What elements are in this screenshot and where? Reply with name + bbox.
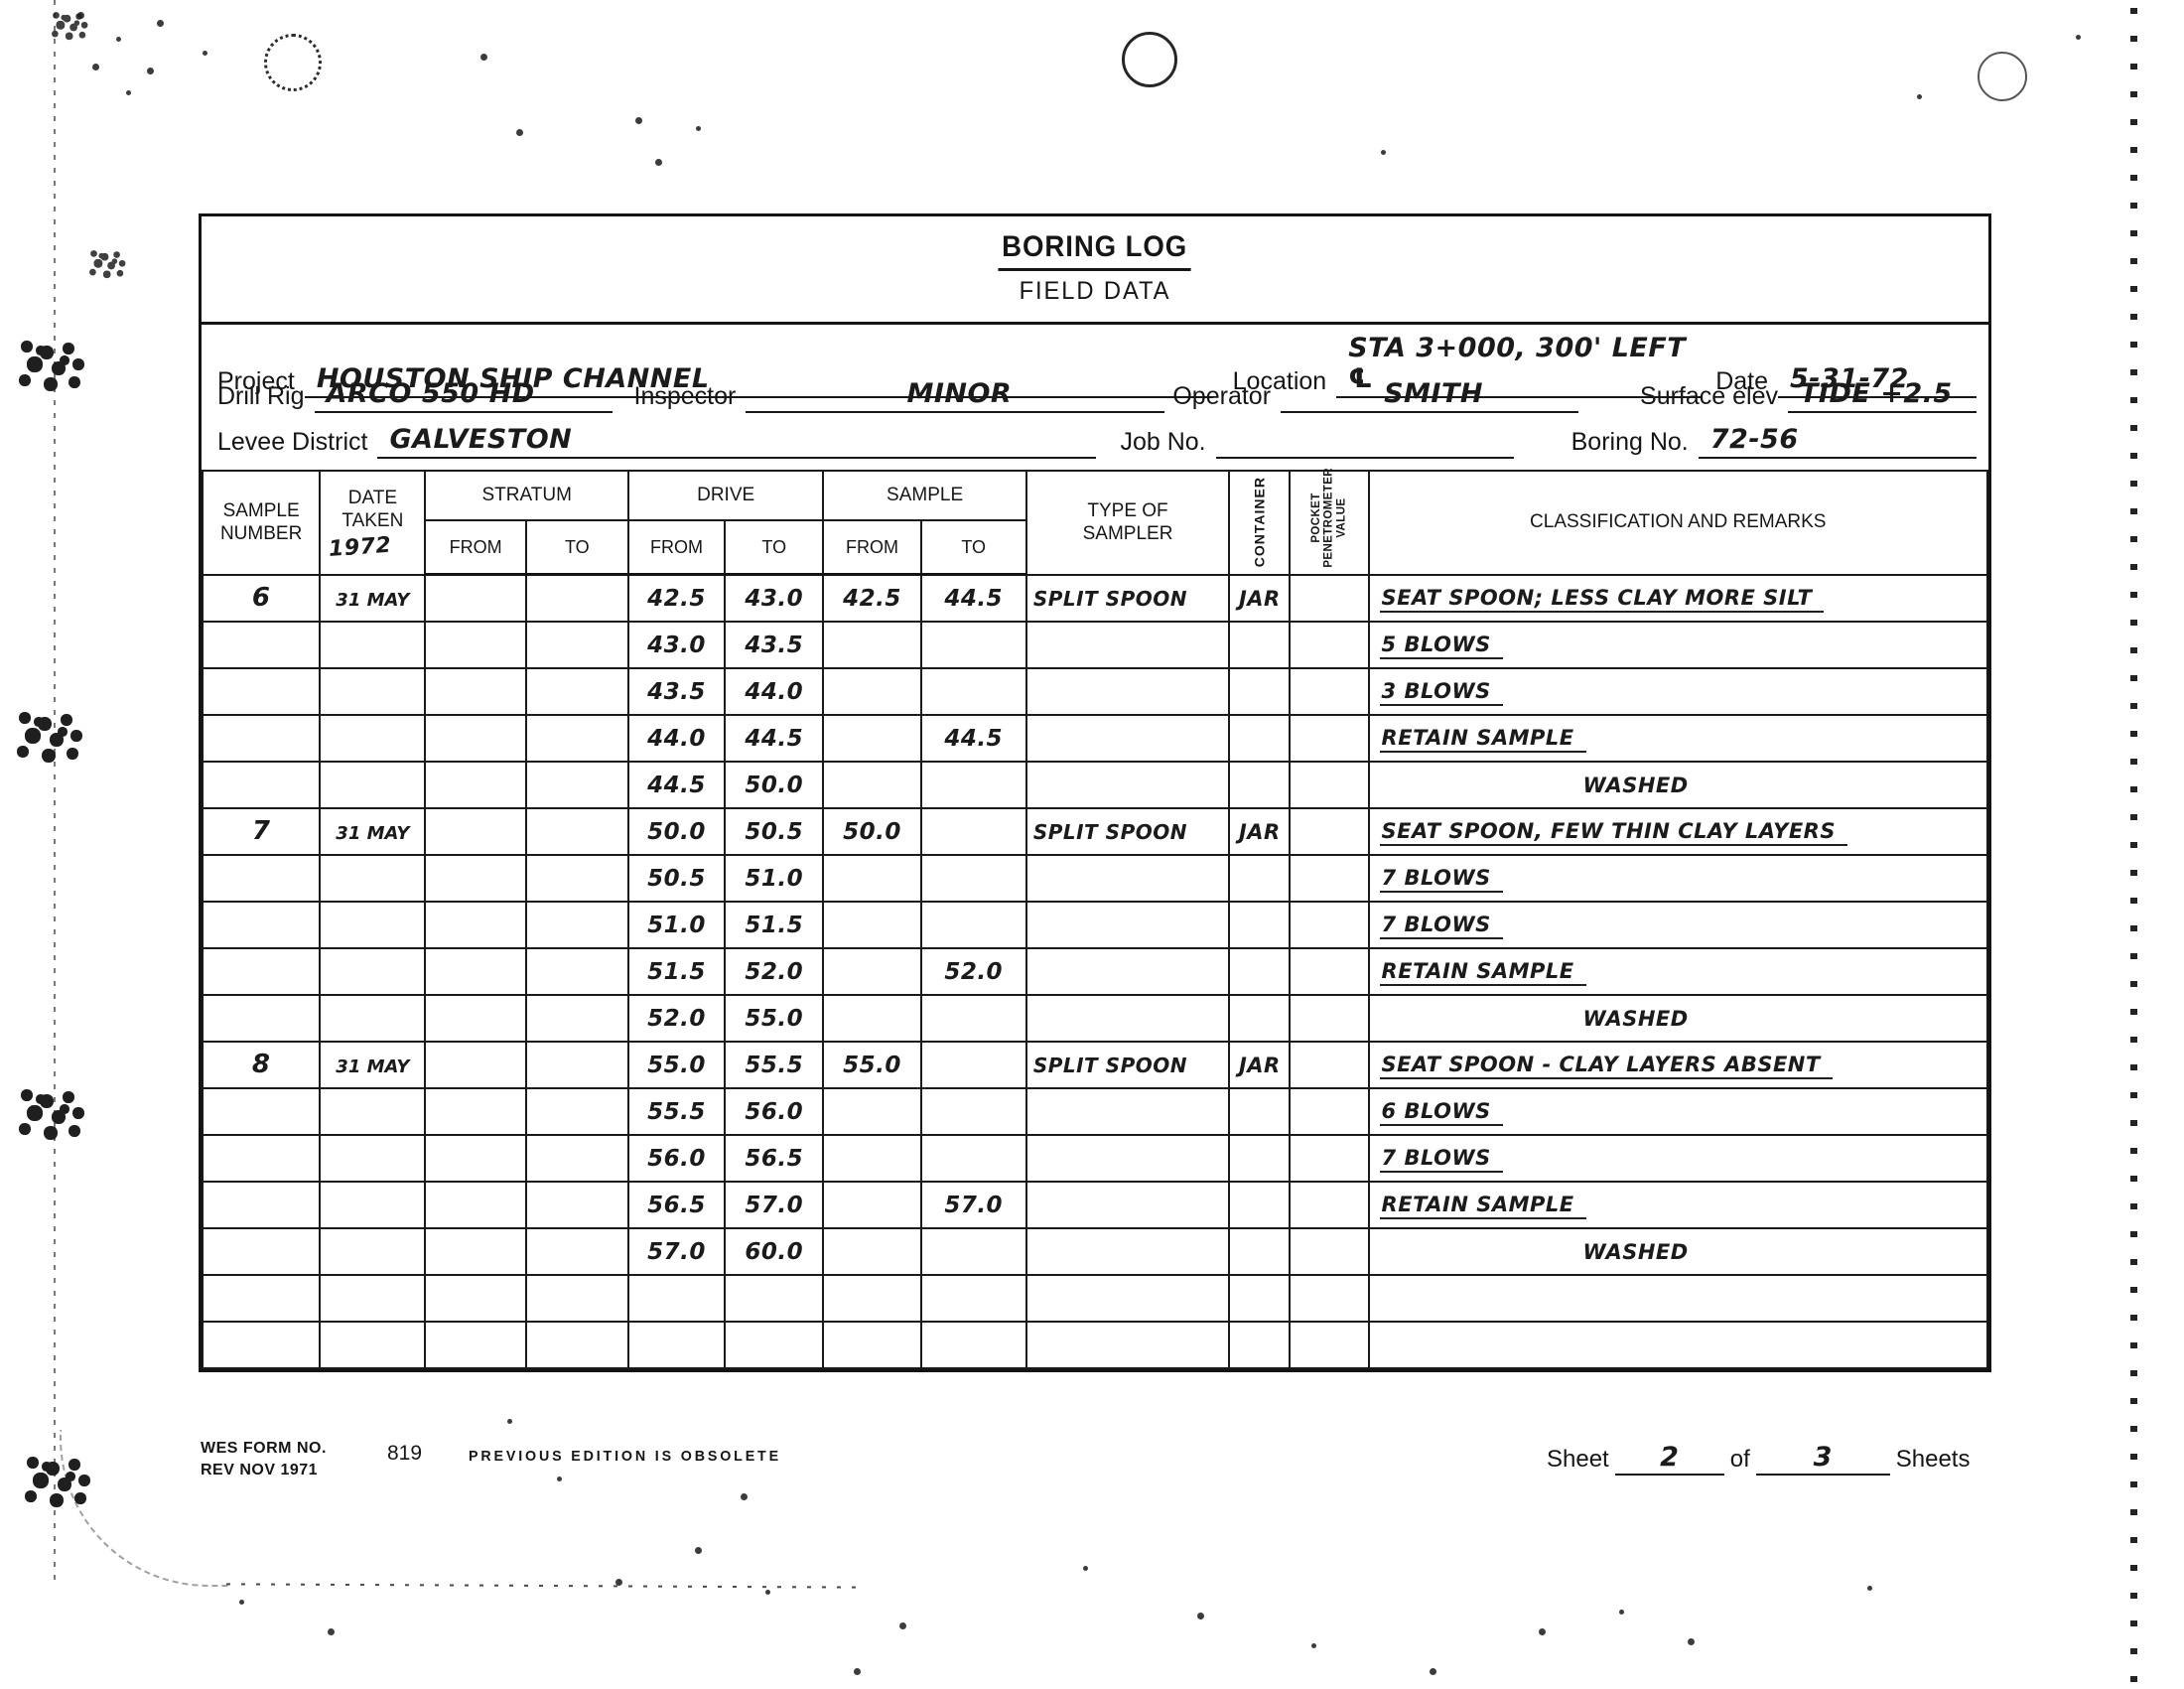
sheet-current: 2 xyxy=(1615,1442,1724,1476)
cell-drive-from: 43.5 xyxy=(628,668,725,715)
col-pocket-penetrometer: POCKET PENETROMETER VALUE xyxy=(1290,471,1368,575)
cell-sample-to xyxy=(921,808,1026,855)
boring-table: SAMPLE NUMBER DATE TAKEN 1972 STRATUM DR… xyxy=(202,470,1988,1369)
cell-sample-from xyxy=(823,948,920,995)
table-row: 43.043.55 BLOWS xyxy=(203,622,1987,668)
cell-drive-to: 43.5 xyxy=(725,622,823,668)
cell-drive-from: 55.0 xyxy=(628,1042,725,1088)
cell-stratum-to xyxy=(526,1275,628,1322)
col-stratum-from: FROM xyxy=(425,520,525,575)
form-no-line1: WES FORM NO. xyxy=(201,1438,327,1460)
cell-date xyxy=(320,1275,425,1322)
cell-stratum-to xyxy=(526,715,628,762)
surface-elev-field: Surface elev TIDE +2.5 xyxy=(1640,378,1977,413)
form-no-line2: REV NOV 1971 xyxy=(201,1460,327,1481)
cell-sampler xyxy=(1026,622,1229,668)
cell-container xyxy=(1229,995,1290,1042)
cell-sample-no: 8 xyxy=(203,1042,320,1088)
sheet-counter: Sheet 2 of 3 Sheets xyxy=(1541,1442,1976,1476)
boring-table-body: 631 MAY42.543.042.544.5SPLIT SPOONJARSEA… xyxy=(203,575,1987,1368)
cell-drive-from xyxy=(628,1322,725,1368)
table-row: 50.551.07 BLOWS xyxy=(203,855,1987,902)
table-row: 831 MAY55.055.555.0SPLIT SPOONJARSEAT SP… xyxy=(203,1042,1987,1088)
cell-stratum-from xyxy=(425,948,525,995)
cell-sample-to xyxy=(921,902,1026,948)
cell-drive-from: 51.5 xyxy=(628,948,725,995)
cell-container xyxy=(1229,715,1290,762)
table-row: 731 MAY50.050.550.0SPLIT SPOONJARSEAT SP… xyxy=(203,808,1987,855)
cell-sample-to xyxy=(921,1228,1026,1275)
cell-remarks: SEAT SPOON; LESS CLAY MORE SILT xyxy=(1369,575,1987,622)
cell-remarks: SEAT SPOON, FEW THIN CLAY LAYERS xyxy=(1369,808,1987,855)
cell-container: JAR xyxy=(1229,808,1290,855)
pocket-penetrometer-label: POCKET PENETROMETER VALUE xyxy=(1310,468,1348,568)
cell-drive-to xyxy=(725,1275,823,1322)
cell-stratum-from xyxy=(425,575,525,622)
cell-drive-from: 42.5 xyxy=(628,575,725,622)
boring-no-value: 72-56 xyxy=(1699,424,1977,459)
cell-sample-from xyxy=(823,762,920,808)
cell-sampler xyxy=(1026,1088,1229,1135)
cell-sampler xyxy=(1026,668,1229,715)
cell-sampler xyxy=(1026,948,1229,995)
table-row: 51.552.052.0RETAIN SAMPLE xyxy=(203,948,1987,995)
sheet-total: 3 xyxy=(1756,1442,1890,1476)
cell-remarks: 5 BLOWS xyxy=(1369,622,1987,668)
cell-remarks: RETAIN SAMPLE xyxy=(1369,715,1987,762)
cell-sample-no xyxy=(203,1135,320,1182)
cell-date: 31 MAY xyxy=(320,808,425,855)
cell-date xyxy=(320,1228,425,1275)
cell-sample-no: 6 xyxy=(203,575,320,622)
cell-sample-from xyxy=(823,1228,920,1275)
table-row: 631 MAY42.543.042.544.5SPLIT SPOONJARSEA… xyxy=(203,575,1987,622)
table-row: 43.544.03 BLOWS xyxy=(203,668,1987,715)
cell-drive-to: 44.0 xyxy=(725,668,823,715)
cell-stratum-to xyxy=(526,995,628,1042)
boring-table-header: SAMPLE NUMBER DATE TAKEN 1972 STRATUM DR… xyxy=(203,471,1987,575)
cell-sample-no xyxy=(203,1088,320,1135)
cell-sampler xyxy=(1026,715,1229,762)
pencil-smudge xyxy=(86,247,89,250)
cell-date xyxy=(320,995,425,1042)
cell-container xyxy=(1229,622,1290,668)
levee-district-field: Levee District GALVESTON xyxy=(217,424,1096,459)
cell-remarks: WASHED xyxy=(1369,995,1987,1042)
cell-remarks: 6 BLOWS xyxy=(1369,1088,1987,1135)
cell-pocket xyxy=(1290,575,1368,622)
cell-sampler xyxy=(1026,855,1229,902)
table-row: 56.557.057.0RETAIN SAMPLE xyxy=(203,1182,1987,1228)
cell-date: 31 MAY xyxy=(320,1042,425,1088)
cell-pocket xyxy=(1290,902,1368,948)
cell-sample-to xyxy=(921,622,1026,668)
col-group-sample: SAMPLE xyxy=(823,471,1025,520)
levee-district-label: Levee District xyxy=(217,428,377,459)
cell-sample-to xyxy=(921,1135,1026,1182)
cell-sample-from xyxy=(823,902,920,948)
punch-hole-right xyxy=(1978,52,2027,101)
cell-drive-from: 44.0 xyxy=(628,715,725,762)
table-row xyxy=(203,1322,1987,1368)
page-left-edge xyxy=(54,0,56,1587)
cell-stratum-to xyxy=(526,1228,628,1275)
job-no-value xyxy=(1216,429,1514,459)
cell-sample-to: 44.5 xyxy=(921,715,1026,762)
cell-remarks: RETAIN SAMPLE xyxy=(1369,948,1987,995)
cell-stratum-to xyxy=(526,668,628,715)
cell-drive-from: 56.0 xyxy=(628,1135,725,1182)
cell-container xyxy=(1229,668,1290,715)
form-subtitle: FIELD DATA xyxy=(246,277,1944,306)
cell-sample-to xyxy=(921,855,1026,902)
date-taken-year: 1972 xyxy=(321,530,426,562)
cell-date xyxy=(320,1135,425,1182)
cell-pocket xyxy=(1290,622,1368,668)
cell-stratum-from xyxy=(425,1042,525,1088)
cell-pocket xyxy=(1290,1042,1368,1088)
operator-label: Operator xyxy=(1172,382,1281,413)
cell-sample-from xyxy=(823,715,920,762)
cell-stratum-to xyxy=(526,1322,628,1368)
cell-pocket xyxy=(1290,995,1368,1042)
table-row: 52.055.0WASHED xyxy=(203,995,1987,1042)
cell-remarks: WASHED xyxy=(1369,762,1987,808)
cell-sample-to xyxy=(921,762,1026,808)
obsolete-note: PREVIOUS EDITION IS OBSOLETE xyxy=(469,1448,781,1465)
cell-drive-to: 56.5 xyxy=(725,1135,823,1182)
cell-date xyxy=(320,668,425,715)
job-no-field: Job No. xyxy=(1120,428,1513,459)
cell-sample-no xyxy=(203,1182,320,1228)
cell-sample-no xyxy=(203,995,320,1042)
cell-sample-to xyxy=(921,1088,1026,1135)
cell-drive-to: 50.0 xyxy=(725,762,823,808)
cell-date xyxy=(320,902,425,948)
cell-stratum-from xyxy=(425,622,525,668)
cell-stratum-to xyxy=(526,1135,628,1182)
cell-sample-to xyxy=(921,995,1026,1042)
cell-sample-no: 7 xyxy=(203,808,320,855)
cell-sample-no xyxy=(203,622,320,668)
cell-sample-no xyxy=(203,1228,320,1275)
of-label: of xyxy=(1724,1446,1756,1476)
scanned-page: BORING LOG FIELD DATA Project HOUSTON SH… xyxy=(0,0,2184,1689)
cell-stratum-from xyxy=(425,1182,525,1228)
title-section: BORING LOG FIELD DATA xyxy=(202,216,1988,325)
cell-sample-no xyxy=(203,902,320,948)
drill-rig-value: ARCO 550 HD xyxy=(315,378,613,413)
cell-container xyxy=(1229,1088,1290,1135)
cell-pocket xyxy=(1290,1182,1368,1228)
col-type-of-sampler: TYPE OF SAMPLER xyxy=(1026,471,1229,575)
cell-sampler xyxy=(1026,995,1229,1042)
cell-stratum-from xyxy=(425,902,525,948)
cell-date xyxy=(320,1088,425,1135)
cell-stratum-to xyxy=(526,1042,628,1088)
col-drive-to: TO xyxy=(725,520,823,575)
cell-pocket xyxy=(1290,1135,1368,1182)
cell-stratum-to xyxy=(526,855,628,902)
cell-drive-to: 56.0 xyxy=(725,1088,823,1135)
cell-remarks: SEAT SPOON - CLAY LAYERS ABSENT xyxy=(1369,1042,1987,1088)
cell-sample-from: 55.0 xyxy=(823,1042,920,1088)
cell-sampler xyxy=(1026,762,1229,808)
cell-container xyxy=(1229,1322,1290,1368)
operator-field: Operator SMITH xyxy=(1172,378,1578,413)
cell-container xyxy=(1229,762,1290,808)
punch-hole-center xyxy=(1122,32,1177,87)
table-row xyxy=(203,1275,1987,1322)
cell-sample-no xyxy=(203,948,320,995)
cell-sampler xyxy=(1026,1275,1229,1322)
cell-drive-from: 43.0 xyxy=(628,622,725,668)
col-stratum-to: TO xyxy=(526,520,628,575)
cell-drive-to: 60.0 xyxy=(725,1228,823,1275)
cell-sample-from xyxy=(823,1182,920,1228)
cell-pocket xyxy=(1290,668,1368,715)
drill-rig-label: Drill Rig xyxy=(217,382,315,413)
cell-stratum-from xyxy=(425,762,525,808)
cell-pocket xyxy=(1290,1088,1368,1135)
inspector-label: Inspector xyxy=(634,382,747,413)
cell-container: JAR xyxy=(1229,575,1290,622)
ink-smudge xyxy=(12,707,18,713)
cell-remarks: RETAIN SAMPLE xyxy=(1369,1182,1987,1228)
cell-container: JAR xyxy=(1229,1042,1290,1088)
cell-sampler xyxy=(1026,1182,1229,1228)
cell-container xyxy=(1229,855,1290,902)
cell-sample-no xyxy=(203,762,320,808)
cell-sample-to xyxy=(921,1275,1026,1322)
cell-remarks xyxy=(1369,1275,1987,1322)
cell-drive-from: 56.5 xyxy=(628,1182,725,1228)
cell-remarks: 7 BLOWS xyxy=(1369,855,1987,902)
cell-sample-from xyxy=(823,1275,920,1322)
cell-sampler xyxy=(1026,1322,1229,1368)
levee-district-value: GALVESTON xyxy=(377,424,1096,459)
job-no-label: Job No. xyxy=(1120,428,1215,459)
cell-date xyxy=(320,1182,425,1228)
col-drive-from: FROM xyxy=(628,520,725,575)
table-row: 44.044.544.5RETAIN SAMPLE xyxy=(203,715,1987,762)
cell-container xyxy=(1229,1228,1290,1275)
boring-log-form: BORING LOG FIELD DATA Project HOUSTON SH… xyxy=(199,213,1991,1372)
page-bottom-edge xyxy=(226,1583,862,1588)
surface-elev-value: TIDE +2.5 xyxy=(1788,378,1977,413)
cell-drive-to: 44.5 xyxy=(725,715,823,762)
drill-rig-field: Drill Rig ARCO 550 HD xyxy=(217,378,613,413)
cell-date xyxy=(320,622,425,668)
col-sample-to: TO xyxy=(921,520,1026,575)
cell-remarks: 3 BLOWS xyxy=(1369,668,1987,715)
cell-stratum-from xyxy=(425,1135,525,1182)
cell-sampler: SPLIT SPOON xyxy=(1026,1042,1229,1088)
cell-pocket xyxy=(1290,1275,1368,1322)
cell-stratum-from xyxy=(425,1088,525,1135)
boring-no-field: Boring No. 72-56 xyxy=(1571,424,1977,459)
cell-sample-from xyxy=(823,855,920,902)
cell-container xyxy=(1229,948,1290,995)
cell-drive-to: 51.0 xyxy=(725,855,823,902)
cell-container xyxy=(1229,1135,1290,1182)
cell-sample-no xyxy=(203,668,320,715)
cell-container xyxy=(1229,1275,1290,1322)
cell-pocket xyxy=(1290,855,1368,902)
sheets-label: Sheets xyxy=(1890,1446,1977,1476)
cell-drive-from: 51.0 xyxy=(628,902,725,948)
ink-smudge xyxy=(14,1084,20,1090)
scan-noise-specks xyxy=(0,0,3,3)
cell-stratum-from xyxy=(425,808,525,855)
cell-sampler xyxy=(1026,1228,1229,1275)
cell-stratum-to xyxy=(526,1182,628,1228)
cell-sample-no xyxy=(203,1275,320,1322)
cell-sample-to xyxy=(921,1322,1026,1368)
cell-stratum-from xyxy=(425,1322,525,1368)
cell-pocket xyxy=(1290,948,1368,995)
cell-drive-to: 55.5 xyxy=(725,1042,823,1088)
cell-drive-to: 57.0 xyxy=(725,1182,823,1228)
cell-drive-to: 51.5 xyxy=(725,902,823,948)
cell-drive-from: 57.0 xyxy=(628,1228,725,1275)
cell-drive-to xyxy=(725,1322,823,1368)
surface-elev-label: Surface elev xyxy=(1640,382,1788,413)
cell-date xyxy=(320,762,425,808)
cell-pocket xyxy=(1290,715,1368,762)
cell-sampler xyxy=(1026,1135,1229,1182)
cell-sample-no xyxy=(203,855,320,902)
col-group-drive: DRIVE xyxy=(628,471,823,520)
cell-stratum-from xyxy=(425,715,525,762)
cell-stratum-to xyxy=(526,762,628,808)
ink-smudge xyxy=(20,1452,26,1458)
col-container: CONTAINER xyxy=(1229,471,1290,575)
cell-stratum-from xyxy=(425,995,525,1042)
cell-stratum-from xyxy=(425,1275,525,1322)
cell-sampler xyxy=(1026,902,1229,948)
cell-remarks: 7 BLOWS xyxy=(1369,902,1987,948)
cell-pocket xyxy=(1290,1322,1368,1368)
table-row: 44.550.0WASHED xyxy=(203,762,1987,808)
cell-stratum-to xyxy=(526,622,628,668)
cell-container xyxy=(1229,902,1290,948)
cell-sample-to xyxy=(921,1042,1026,1088)
cell-remarks xyxy=(1369,1322,1987,1368)
cell-sampler: SPLIT SPOON xyxy=(1026,808,1229,855)
cell-sample-to: 44.5 xyxy=(921,575,1026,622)
table-row: 56.056.57 BLOWS xyxy=(203,1135,1987,1182)
table-row: 51.051.57 BLOWS xyxy=(203,902,1987,948)
form-number-block: WES FORM NO. REV NOV 1971 xyxy=(201,1438,327,1480)
col-classification: CLASSIFICATION AND REMARKS xyxy=(1369,471,1987,575)
cell-sample-from xyxy=(823,1322,920,1368)
cell-drive-to: 50.5 xyxy=(725,808,823,855)
cell-stratum-to xyxy=(526,1088,628,1135)
cell-sample-to: 52.0 xyxy=(921,948,1026,995)
cell-date xyxy=(320,715,425,762)
table-row: 57.060.0WASHED xyxy=(203,1228,1987,1275)
cell-pocket xyxy=(1290,808,1368,855)
cell-sample-from: 50.0 xyxy=(823,808,920,855)
cell-stratum-from xyxy=(425,668,525,715)
cell-sample-from xyxy=(823,668,920,715)
sheet-label: Sheet xyxy=(1541,1446,1615,1476)
inspector-value: MINOR xyxy=(746,378,1164,413)
cell-drive-from: 44.5 xyxy=(628,762,725,808)
cell-sample-to xyxy=(921,668,1026,715)
inspector-field: Inspector MINOR xyxy=(634,378,1165,413)
cell-pocket xyxy=(1290,1228,1368,1275)
cell-stratum-from xyxy=(425,855,525,902)
cell-stratum-to xyxy=(526,948,628,995)
cell-date: 31 MAY xyxy=(320,575,425,622)
cell-stratum-to xyxy=(526,902,628,948)
operator-value: SMITH xyxy=(1281,378,1578,413)
date-taken-label: DATE TAKEN xyxy=(321,487,424,534)
cell-drive-from xyxy=(628,1275,725,1322)
cell-drive-to: 55.0 xyxy=(725,995,823,1042)
container-label: CONTAINER xyxy=(1252,477,1267,567)
cell-drive-from: 50.5 xyxy=(628,855,725,902)
cell-sample-from: 42.5 xyxy=(823,575,920,622)
cell-container xyxy=(1229,1182,1290,1228)
cell-sample-from xyxy=(823,995,920,1042)
cell-stratum-from xyxy=(425,1228,525,1275)
cell-date xyxy=(320,855,425,902)
cell-sample-from xyxy=(823,1135,920,1182)
page-right-perforation xyxy=(2130,8,2137,1684)
table-row: 55.556.06 BLOWS xyxy=(203,1088,1987,1135)
ink-smudge xyxy=(14,336,20,342)
header-fields-section: Project HOUSTON SHIP CHANNEL Location ST… xyxy=(202,325,1988,470)
cell-remarks: WASHED xyxy=(1369,1228,1987,1275)
col-group-stratum: STRATUM xyxy=(425,471,627,520)
boring-no-label: Boring No. xyxy=(1571,428,1699,459)
punch-hole-left xyxy=(264,34,322,91)
form-title: BORING LOG xyxy=(999,230,1191,271)
cell-sample-no xyxy=(203,715,320,762)
cell-drive-from: 55.5 xyxy=(628,1088,725,1135)
cell-date xyxy=(320,1322,425,1368)
cell-pocket xyxy=(1290,762,1368,808)
cell-drive-to: 43.0 xyxy=(725,575,823,622)
col-sample-from: FROM xyxy=(823,520,920,575)
col-date-taken: DATE TAKEN 1972 xyxy=(320,471,425,575)
ink-smudge xyxy=(49,9,52,12)
cell-date xyxy=(320,948,425,995)
cell-drive-from: 50.0 xyxy=(628,808,725,855)
col-sample-number: SAMPLE NUMBER xyxy=(203,471,320,575)
cell-stratum-to xyxy=(526,808,628,855)
cell-remarks: 7 BLOWS xyxy=(1369,1135,1987,1182)
cell-sampler: SPLIT SPOON xyxy=(1026,575,1229,622)
cell-sample-no xyxy=(203,1322,320,1368)
cell-sample-from xyxy=(823,1088,920,1135)
cell-drive-from: 52.0 xyxy=(628,995,725,1042)
form-number: 819 xyxy=(387,1442,422,1466)
cell-stratum-to xyxy=(526,575,628,622)
cell-sample-from xyxy=(823,622,920,668)
cell-drive-to: 52.0 xyxy=(725,948,823,995)
cell-sample-to: 57.0 xyxy=(921,1182,1026,1228)
